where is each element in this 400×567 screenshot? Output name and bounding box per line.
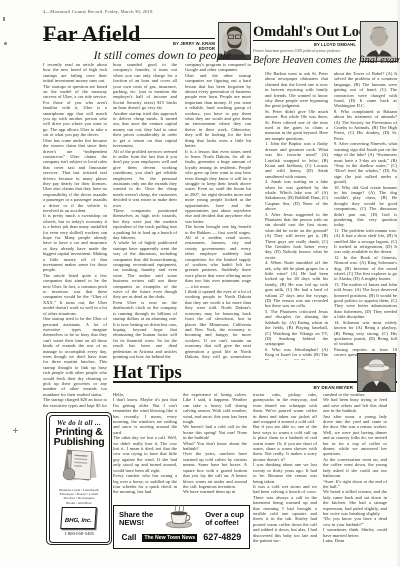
scan-artifact <box>4 42 7 45</box>
bhg-logo: BHG, Inc. <box>61 507 98 529</box>
far-afield-deck: It still comes down to people <box>75 48 250 63</box>
omdahl-deck: Before Heaven comes the final exam <box>253 55 397 66</box>
call-label: Call <box>122 533 137 542</box>
printing-publishing-ad: We do it all ... Printing & Publishing B… <box>46 412 112 545</box>
newspaper-name-badge: The New Town News <box>142 534 197 542</box>
omdahl-title: Omdahl's Out Look <box>253 24 374 41</box>
far-afield-col-2: hour sounded good to the company's found… <box>113 62 177 359</box>
dean-meyer-portrait <box>358 354 395 391</box>
scan-artifact <box>3 17 5 21</box>
omdahl-byline: BY LLOYD OMDAHL <box>253 42 356 47</box>
hat-tips-col-2: the experience of losing calves. Like I … <box>183 392 247 503</box>
hat-tips-byline: BY DEAN MEYER <box>250 385 353 391</box>
omdahl-col-2: about the Tower of Babel? (A) It solved … <box>334 71 397 360</box>
printing-ad-inner-frame: We do it all ... Printing & Publishing B… <box>49 415 110 543</box>
printed-materials-icon <box>50 449 109 488</box>
phone-number: 627-4829 <box>203 532 241 542</box>
share-news-left-text: Share the NEWS! <box>119 511 153 528</box>
hat-tips-col-1: Hello, I don't know. Maybe it's just tha… <box>113 392 177 503</box>
dean-meyer-photo <box>357 353 396 392</box>
far-afield-rule <box>43 38 215 39</box>
printing-ad-phone: 1-800-658-5485 <box>50 531 109 536</box>
share-news-call-line: Call The New Town News 627-4829 <box>114 527 249 545</box>
share-news-right-text: Over a cup of coffee! <box>205 511 244 528</box>
bhg-company-name: BHG, Inc. <box>65 518 92 524</box>
hat-tips-col-4: cumbed to the weather. We had been busy … <box>323 392 387 546</box>
hat-tips-rule <box>113 381 397 383</box>
printing-ad-service-4: Books • And More <box>50 501 109 505</box>
omdahl-col-1: Ole Barbsn went to ask St. Peter about n… <box>265 71 328 360</box>
omdahl-tagline: Former lieutenant governor, UND politica… <box>253 49 363 53</box>
masthead: 4—Mountrail County Record, Friday, March… <box>43 9 153 14</box>
hat-tips-col-3: tractor cabs, pickup cabs, gunnysacks in… <box>253 392 317 546</box>
far-afield-col-1: I recently read an article about how the… <box>43 62 107 409</box>
share-news-ad: Share the NEWS! Over a cup of coffee! Ca… <box>113 505 250 549</box>
printing-ad-line2: Publishing <box>50 437 109 448</box>
scan-artifact <box>15 428 16 433</box>
omdahl-rule <box>253 40 356 41</box>
far-afield-col-3: company's program is compared to Google … <box>185 62 251 359</box>
